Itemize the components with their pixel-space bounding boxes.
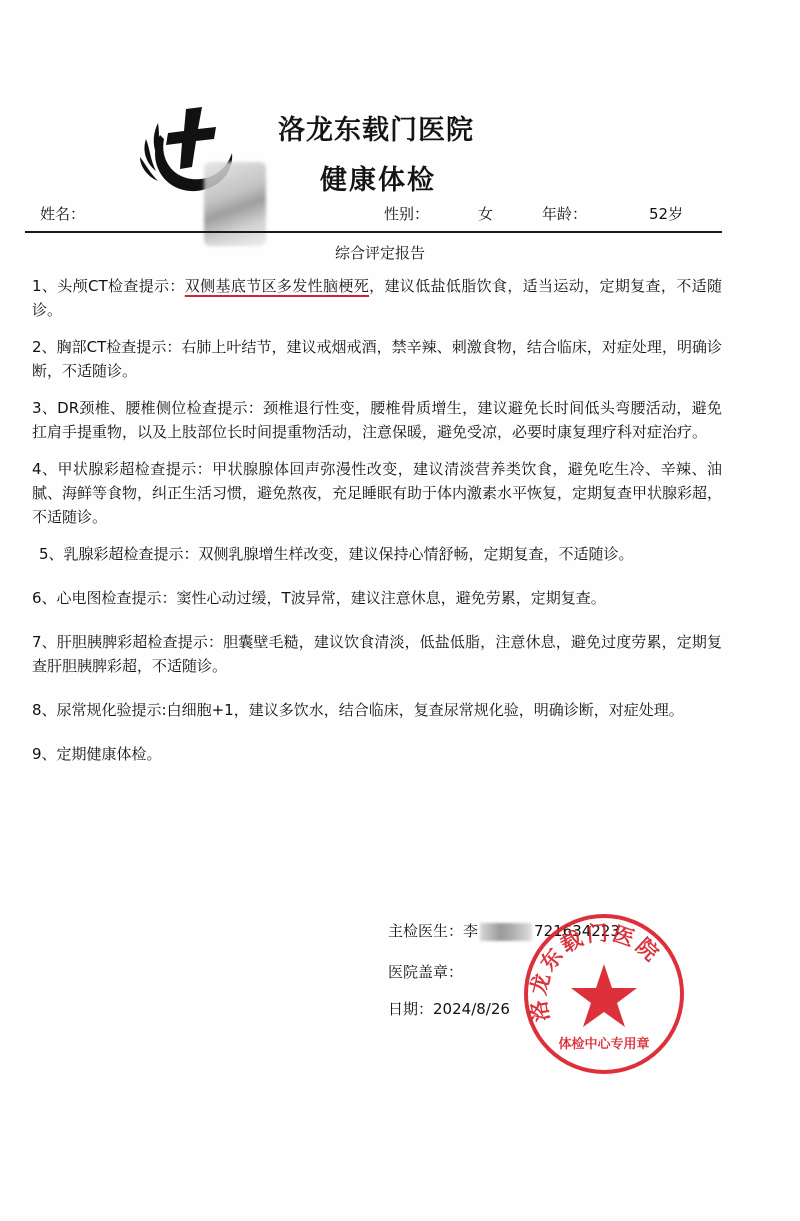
seal-label: 医院盖章： [388, 963, 463, 981]
finding-item-4: 4、甲状腺彩超检查提示：甲状腺腺体回声弥漫性改变，建议清淡营养类饮食，避免吃生冷… [32, 457, 722, 529]
findings-list: 1、头颅CT检查提示：双侧基底节区多发性脑梗死，建议低盐低脂饮食，适当运动，定期… [32, 274, 722, 779]
date-line: 日期：2024/8/26 [388, 998, 510, 1019]
finding-item-7: 7、肝胆胰脾彩超检查提示：胆囊壁毛糙，建议饮食清淡，低盐低脂，注意休息，避免过度… [32, 630, 722, 678]
hospital-name: 洛龙东载门医院 [278, 108, 474, 147]
date-label: 日期： [388, 1000, 433, 1018]
hospital-seal-stamp: 洛龙东载门医院 体检中心专用章 [522, 912, 686, 1076]
finding-item-6: 6、心电图检查提示：窦性心动过缓，T波异常，建议注意休息，避免劳累，定期复查。 [32, 586, 722, 610]
medical-report-page: 洛龙东载门医院 健康体检 姓名： 性别： 女 年龄： 52岁 综合评定报告 1、… [0, 0, 800, 1221]
name-label: 姓名： [40, 203, 85, 224]
document-title: 健康体检 [320, 158, 436, 197]
finding-item-2: 2、胸部CT检查提示：右肺上叶结节，建议戒烟戒酒，禁辛辣、刺激食物，结合临床，对… [32, 335, 722, 383]
finding-item-9: 9、定期健康体检。 [32, 742, 722, 766]
age-label: 年龄： [542, 203, 587, 224]
finding-prefix: 1、头颅CT检查提示： [32, 277, 185, 295]
gender-label: 性别： [384, 203, 429, 224]
finding-item-8: 8、尿常规化验提示:白细胞+1，建议多饮水，结合临床，复查尿常规化验，明确诊断，… [32, 698, 722, 722]
report-title: 综合评定报告 [0, 242, 760, 263]
star-icon [571, 964, 637, 1027]
finding-item-3: 3、DR颈椎、腰椎侧位检查提示：颈椎退行性变，腰椎骨质增生，建议避免长时间低头弯… [32, 396, 722, 444]
finding-item-1: 1、头颅CT检查提示：双侧基底节区多发性脑梗死，建议低盐低脂饮食，适当运动，定期… [32, 274, 722, 322]
stamp-bottom-text: 体检中心专用章 [558, 1036, 649, 1052]
highlighted-diagnosis: 双侧基底节区多发性脑梗死 [185, 277, 369, 295]
seal-line: 医院盖章： [388, 961, 463, 982]
header-divider [25, 231, 722, 233]
doctor-label: 主检医生： [388, 922, 463, 940]
age-value: 52岁 [649, 203, 683, 224]
gender-value: 女 [478, 203, 493, 224]
finding-item-5: 5、乳腺彩超检查提示：双侧乳腺增生样改变，建议保持心情舒畅，定期复查，不适随诊。 [32, 542, 722, 566]
date-value: 2024/8/26 [433, 1000, 510, 1018]
patient-info-row: 姓名： 性别： 女 年龄： 52岁 [0, 203, 800, 225]
doctor-name: 李 [463, 922, 478, 940]
